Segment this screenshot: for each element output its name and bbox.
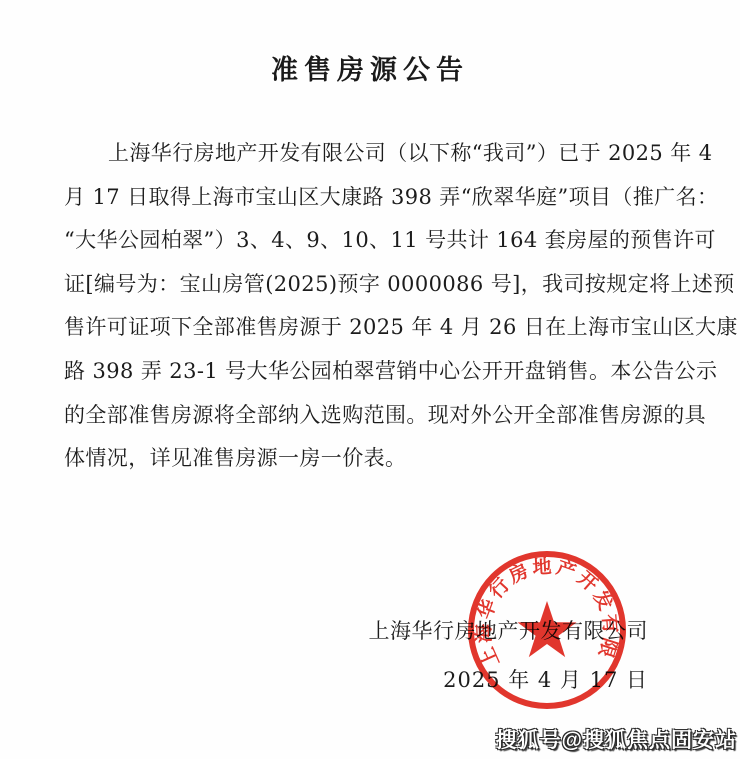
body-line: “大华公园柏翠”）3、4、9、10、11 号共计 164 套房屋的预售许可 (64, 219, 678, 263)
document-body: 上海华行房地产开发有限公司（以下称“我司”）已于 2025 年 4 月 17 日… (64, 132, 678, 481)
watermark-sohu-badge: 搜狐号@搜狐焦点固安站 (496, 724, 737, 754)
signature-company-name: 上海华行房地产开发有限公司 (369, 615, 649, 645)
body-line: 的全部准售房源将全部纳入选购范围。现对外公开全部准售房源的具 (64, 394, 678, 438)
signature-block: 上海华行房地产开发有限公司 2025 年 4 月 17 日 (369, 615, 649, 694)
body-line: 月 17 日取得上海市宝山区大康路 398 弄“欣翠华庭”项目（推广名： (64, 176, 678, 220)
body-line: 路 398 弄 23-1 号大华公园柏翠营销中心公开开盘销售。本公告公示 (64, 350, 678, 394)
announcement-document: 准售房源公告 上海华行房地产开发有限公司（以下称“我司”）已于 2025 年 4… (0, 0, 740, 759)
body-line: 体情况，详见准售房源一房一价表。 (64, 437, 678, 481)
page-title: 准售房源公告 (0, 48, 740, 87)
body-line: 证[编号为：宝山房管(2025)预字 0000086 号]，我司按规定将上述预 (64, 263, 678, 307)
body-line: 售许可证项下全部准售房源于 2025 年 4 月 26 日在上海市宝山区大康 (64, 306, 678, 350)
body-line: 上海华行房地产开发有限公司（以下称“我司”）已于 2025 年 4 (64, 132, 678, 176)
signature-date: 2025 年 4 月 17 日 (369, 664, 649, 694)
